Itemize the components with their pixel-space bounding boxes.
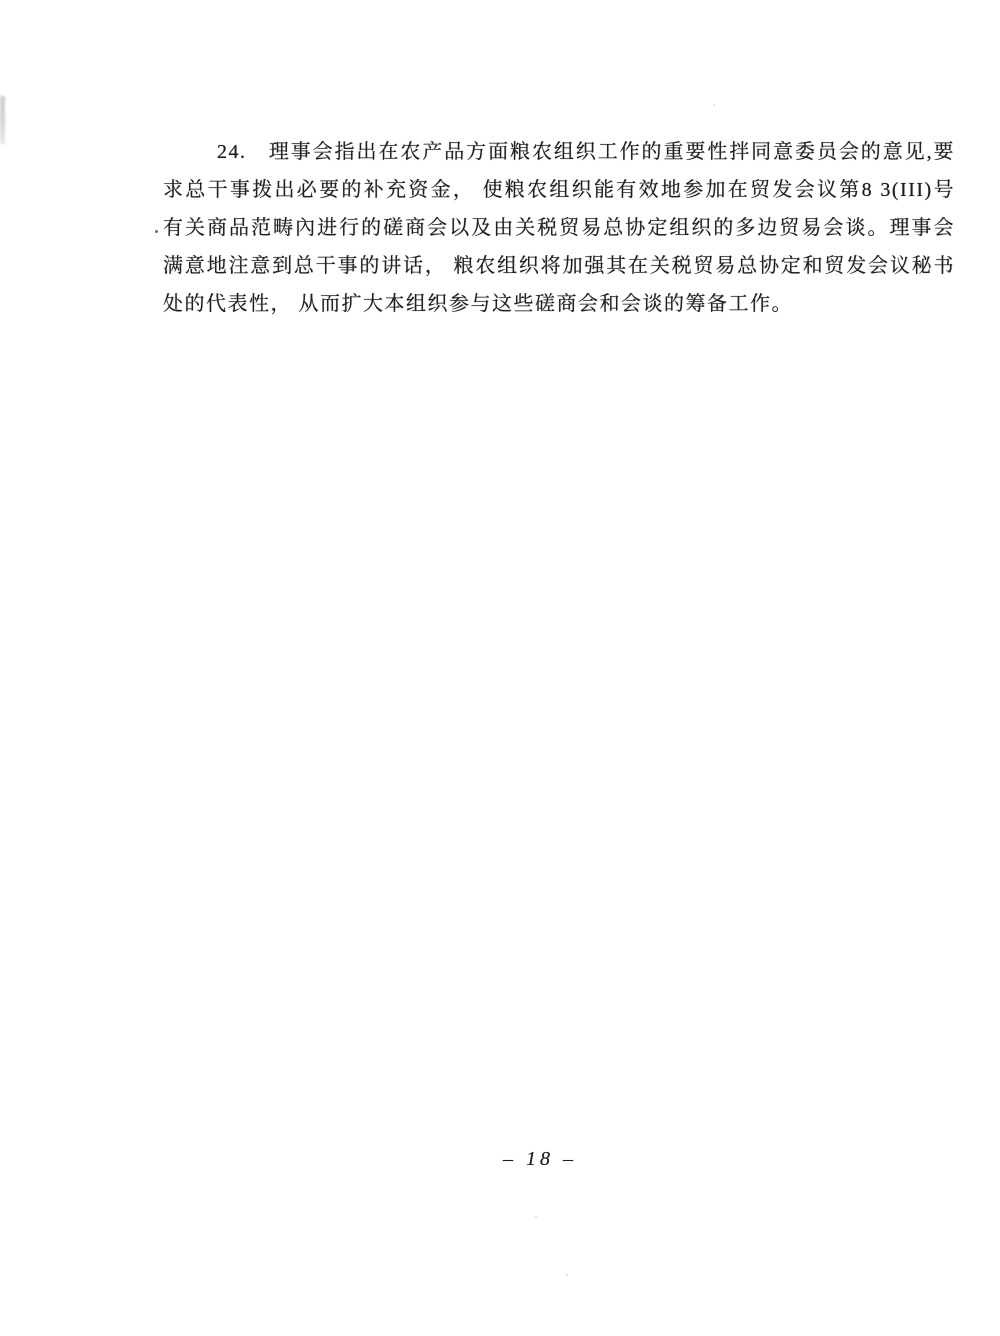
- paragraph-line: 满意地注意到总干事的讲话， 粮农组织将加强其在关税贸易总协定和贸发会议秘书: [163, 247, 955, 285]
- paragraph-line: 24. 理事会指出在农产品方面粮农组织工作的重要性拌同意委员会的意见,要: [163, 133, 955, 171]
- paragraph-line: 求总干事拨出必要的补充资金， 使粮农组织能有效地参加在贸发会议第8 3(III)…: [163, 171, 955, 209]
- scan-speck-artifact: [566, 1274, 568, 1276]
- scan-speck-artifact: [535, 1216, 537, 1218]
- page-number: – 18 –: [503, 1148, 577, 1171]
- paragraph-line: 有关商品范畴內进行的磋商会以及由关税贸易总协定组织的多边贸易会谈。理事会: [163, 209, 955, 247]
- paragraph-line: 处的代表性， 从而扩大本组织参与这些磋商会和会谈的筹备工作。: [163, 285, 955, 323]
- paragraph-24: 24. 理事会指出在农产品方面粮农组织工作的重要性拌同意委员会的意见,要 求总干…: [163, 133, 955, 323]
- scan-edge-smudge-artifact: [0, 96, 5, 144]
- stray-ink-dot-artifact: [155, 230, 158, 233]
- scan-speck-artifact: [713, 104, 715, 106]
- scanned-document-page: 24. 理事会指出在农产品方面粮农组织工作的重要性拌同意委员会的意见,要 求总干…: [0, 0, 1000, 1336]
